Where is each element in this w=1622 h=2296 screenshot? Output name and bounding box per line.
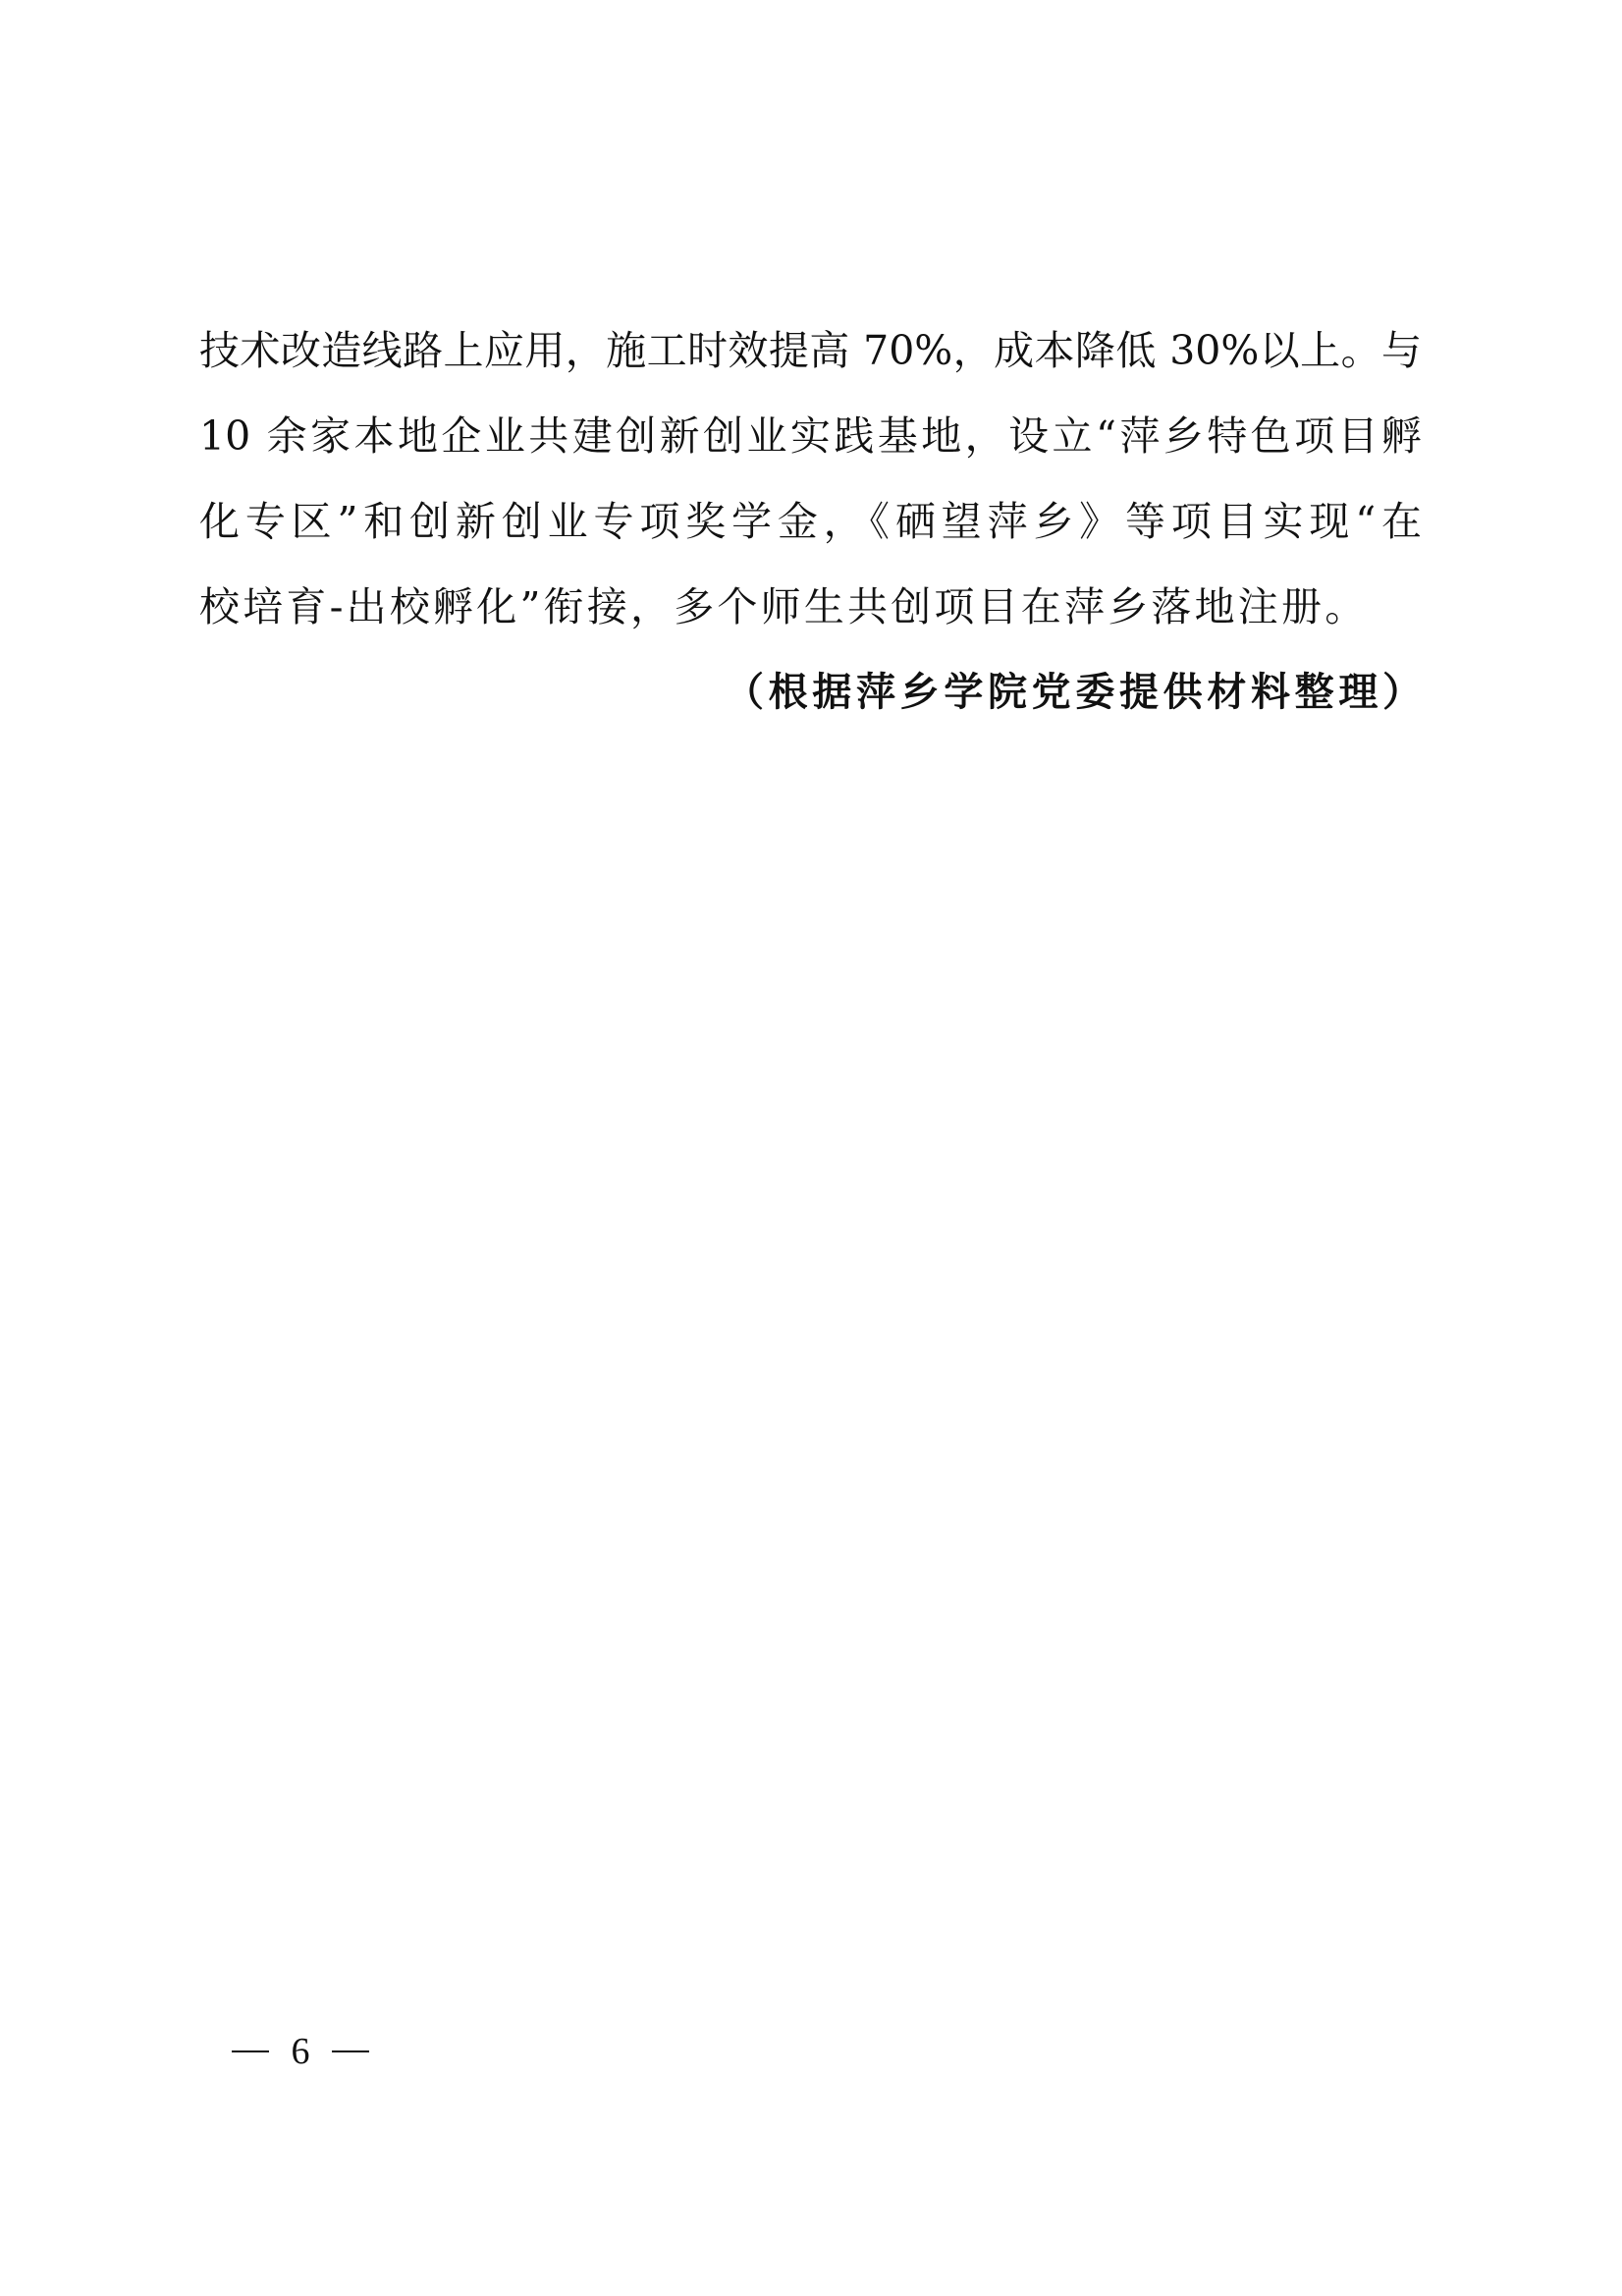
page-number: 6: [292, 2030, 310, 2073]
paragraph-line-4: 校培育-出校孵化”衔接，多个师生共创项目在萍乡落地注册。: [199, 576, 1422, 662]
source-attribution: （根据萍乡学院党委提供材料整理）: [725, 662, 1422, 723]
left-dash: [232, 2050, 269, 2052]
page-number-footer: 6: [232, 2027, 369, 2076]
document-page: 技术改造线路上应用，施工时效提高 70%，成本降低 30%以上。与 10 余家本…: [0, 0, 1622, 2296]
right-dash: [332, 2050, 369, 2052]
paragraph-line-3: 化专区”和创新创业专项奖学金，《硒望萍乡》等项目实现“在: [199, 491, 1422, 576]
paragraph-line-1: 技术改造线路上应用，施工时效提高 70%，成本降低 30%以上。与: [199, 320, 1422, 406]
paragraph-line-2: 10 余家本地企业共建创新创业实践基地，设立“萍乡特色项目孵: [199, 406, 1422, 491]
body-paragraph: 技术改造线路上应用，施工时效提高 70%，成本降低 30%以上。与 10 余家本…: [199, 320, 1422, 662]
